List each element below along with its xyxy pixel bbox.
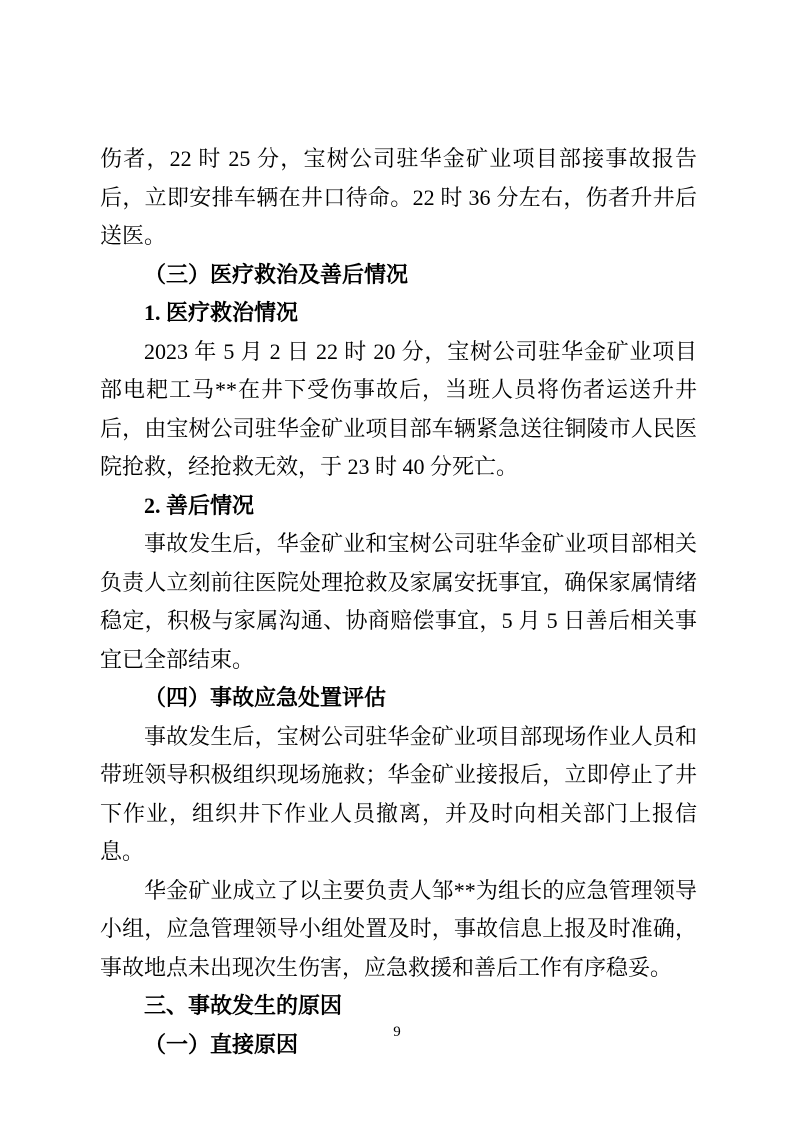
page-number: 9 [0,1022,794,1042]
document-body: 伤者，22 时 25 分，宝树公司驻华金矿业项目部接事故报告后，立即安排车辆在井… [100,140,697,1064]
document-page: 伤者，22 时 25 分，宝树公司驻华金矿业项目部接事故报告后，立即安排车辆在井… [0,0,794,1122]
heading-chapter-3-accident-causes: 三、事故发生的原因 [100,987,697,1026]
paragraph-medical-treatment: 2023 年 5 月 2 日 22 时 20 分，宝树公司驻华金矿业项目部电耙工… [100,333,697,487]
paragraph-aftermath: 事故发生后，华金矿业和宝树公司驻华金矿业项目部相关负责人立刻前往医院处理抢救及家… [100,525,697,679]
paragraph-emergency-leadership-group: 华金矿业成立了以主要负责人邹**为组长的应急管理领导小组，应急管理领导小组处置及… [100,872,697,988]
heading-section-4-emergency-response-evaluation: （四）事故应急处置评估 [100,679,697,718]
heading-section-3-medical-aftermath: （三）医疗救治及善后情况 [100,256,697,295]
paragraph-injured-transport: 伤者，22 时 25 分，宝树公司驻华金矿业项目部接事故报告后，立即安排车辆在井… [100,140,697,256]
heading-sub-2-aftermath: 2. 善后情况 [100,487,697,526]
heading-sub-1-medical-treatment: 1. 医疗救治情况 [100,294,697,333]
paragraph-emergency-response-site: 事故发生后，宝树公司驻华金矿业项目部现场作业人员和带班领导积极组织现场施救；华金… [100,718,697,872]
